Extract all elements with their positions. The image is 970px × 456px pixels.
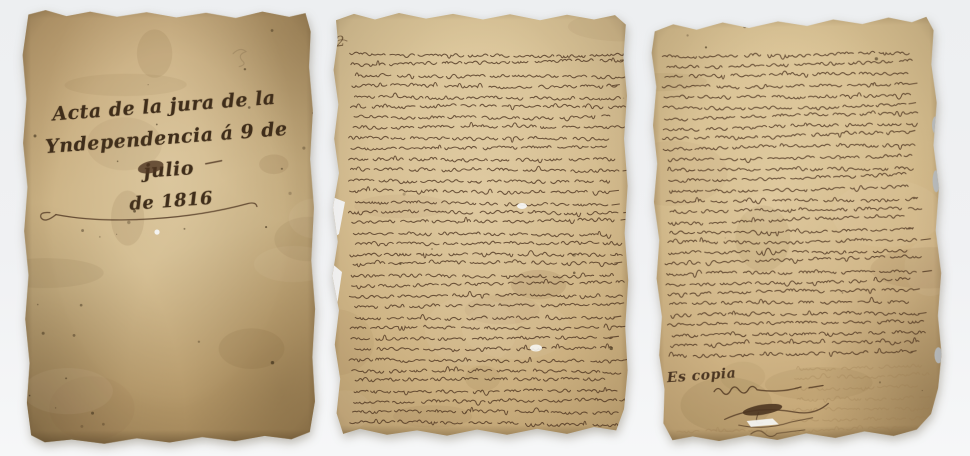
cover-paper: Acta de la jura de la Yndependencia á 9 … (19, 5, 318, 447)
cover-page: Acta de la jura de la Yndependencia á 9 … (19, 5, 318, 447)
cover-title: Acta de la jura de la Yndependencia á 9 … (31, 80, 304, 227)
manuscript-paper-right: Es copia (647, 13, 946, 445)
closing-annotation: Es copia (666, 365, 736, 386)
manuscript-paper-left: 2 (330, 10, 630, 439)
manuscript-page-right: Es copia (647, 13, 946, 445)
cover-artwork (19, 5, 318, 447)
handwriting-artwork-left (330, 10, 630, 439)
folio-mark: 2 (335, 33, 346, 50)
manuscript-page-left: 2 (330, 10, 630, 439)
manuscript-photograph: Acta de la jura de la Yndependencia á 9 … (0, 0, 970, 456)
